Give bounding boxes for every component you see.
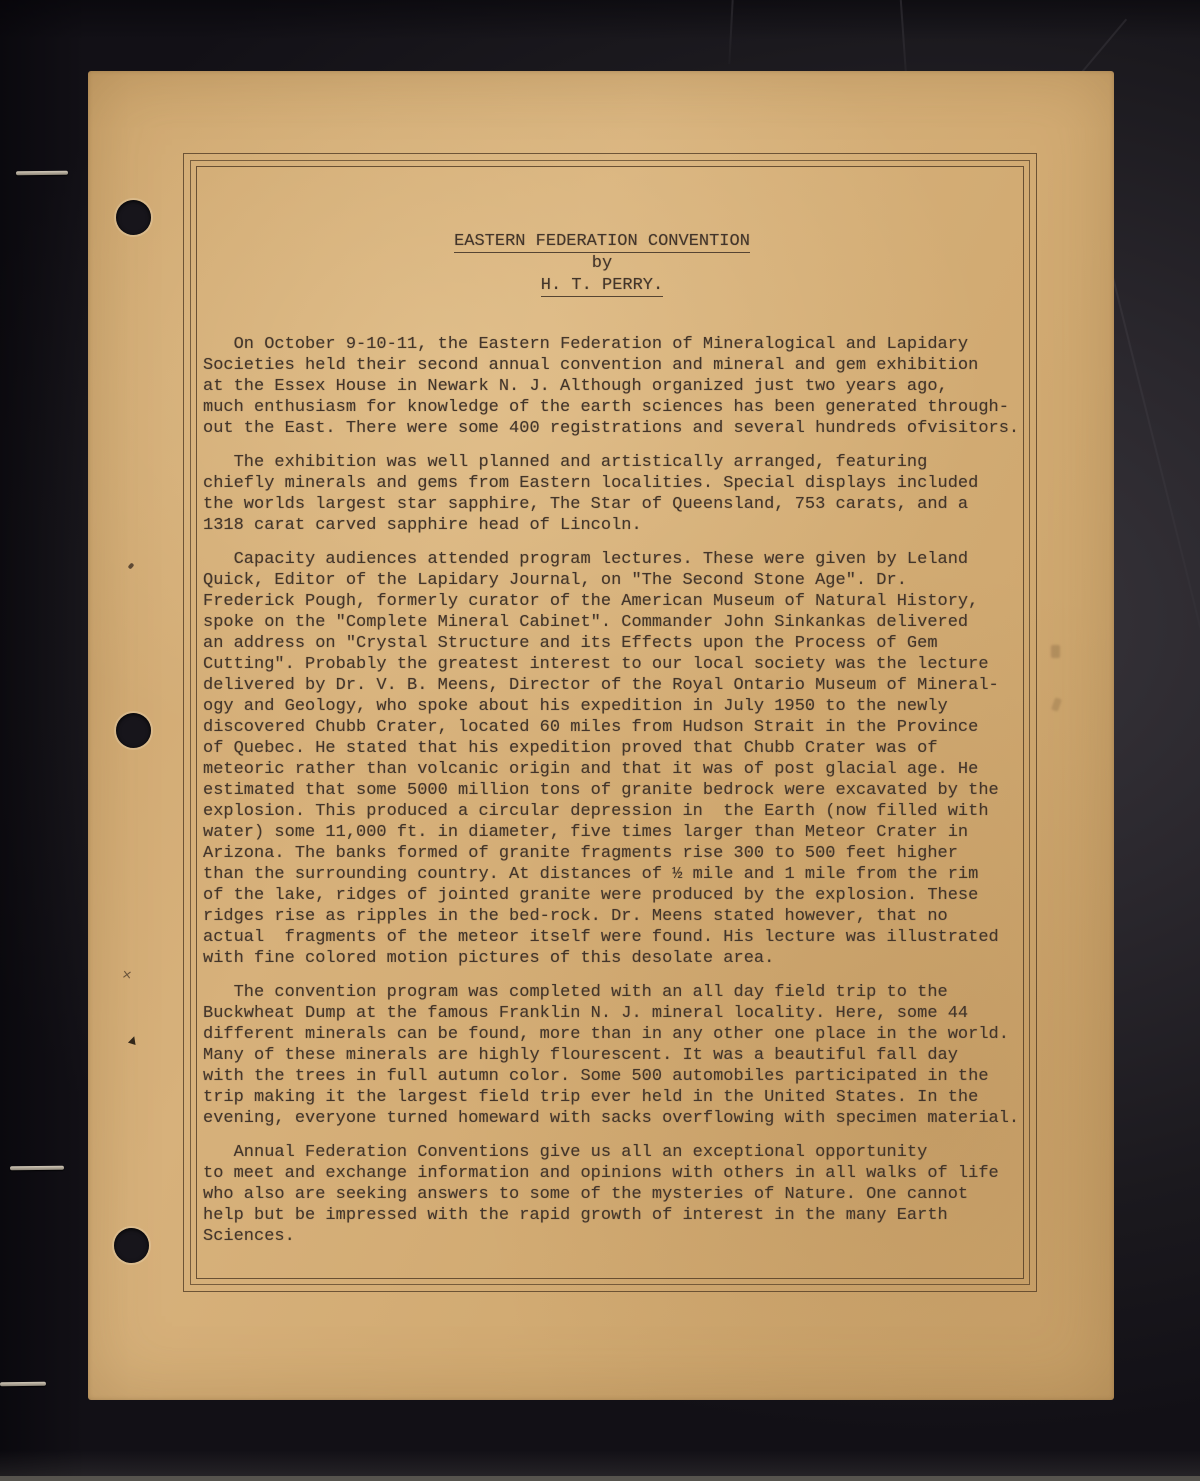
document-header: EASTERN FEDERATION CONVENTION by H. T. P… [156,231,1048,297]
margin-smudge [1051,645,1060,658]
paragraph-4: The convention program was completed wit… [203,982,1048,1129]
surface-edge-glow [0,1450,1200,1476]
scanned-document-page: × EASTERN FEDERATION CONVENTION by H. T.… [88,71,1114,1400]
margin-ink-speck [128,562,135,569]
paragraph-5: Annual Federation Conventions give us al… [203,1142,1048,1247]
paragraph-3: Capacity audiences attended program lect… [203,549,1048,969]
background-shadow-left [0,0,86,1481]
binding-stitch [10,1166,64,1171]
document-author: H. T. PERRY. [541,276,663,297]
paragraph-2: The exhibition was well planned and arti… [203,452,1048,536]
paragraph-1: On October 9-10-11, the Eastern Federati… [203,334,1048,439]
margin-smudge [1051,697,1062,712]
punch-hole-top [116,200,151,235]
byline: by [156,253,1048,275]
binding-stitch [0,1382,46,1386]
surface-edge [0,1476,1200,1481]
margin-ink-blot [128,1035,138,1045]
background-shadow-top [0,0,1200,40]
punch-hole-middle [116,713,151,748]
author-line: H. T. PERRY. [156,275,1048,297]
punch-hole-bottom [114,1228,149,1263]
typed-text-column: EASTERN FEDERATION CONVENTION by H. T. P… [203,231,1048,1260]
margin-x-mark: × [121,966,133,985]
document-title: EASTERN FEDERATION CONVENTION [454,232,750,253]
binding-stitch [16,171,68,176]
title-line: EASTERN FEDERATION CONVENTION [156,231,1048,253]
